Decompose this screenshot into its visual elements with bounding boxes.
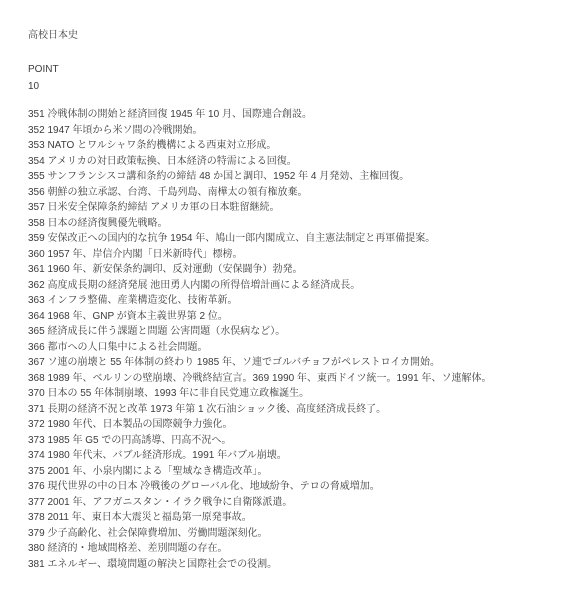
list-item: 351 冷戦体制の開始と経済回復 1945 年 10 月、国際連合創設。: [28, 107, 567, 123]
list-item: 373 1985 年 G5 での円高誘導、円高不況へ。: [28, 433, 567, 449]
list-item: 380 経済的・地域間格差、差別問題の存在。: [28, 541, 567, 557]
list-item: 360 1957 年、岸信介内閣「日米新時代」標榜。: [28, 247, 567, 263]
list-item: 363 インフラ整備、産業構造変化、技術革新。: [28, 293, 567, 309]
point-label: POINT: [28, 61, 567, 78]
list-item: 366 都市への人口集中による社会問題。: [28, 340, 567, 356]
list-item: 355 サンフランシスコ講和条約の締結 48 か国と調印、1952 年 4 月発…: [28, 169, 567, 185]
page-title: 高校日本史: [28, 28, 567, 43]
point-number: 10: [28, 78, 567, 95]
list-item: 368 1989 年、ベルリンの壁崩壊、冷戦終結宣言。369 1990 年、東西…: [28, 371, 567, 387]
list-item: 374 1980 年代末、バブル経済形成。1991 年バブル崩壊。: [28, 448, 567, 464]
list-item: 365 経済成長に伴う課題と問題 公害問題（水俣病など）。: [28, 324, 567, 340]
list-item: 377 2001 年、アフガニスタン・イラク戦争に自衛隊派遣。: [28, 495, 567, 511]
list-item: 371 長期の経済不況と改革 1973 年第 1 次石油ショック後、高度経済成長…: [28, 402, 567, 418]
list-item: 352 1947 年頃から米ソ間の冷戦開始。: [28, 123, 567, 139]
list-item: 353 NATO とワルシャワ条約機構による西東対立形成。: [28, 138, 567, 154]
list-item: 357 日米安全保障条約締結 アメリカ軍の日本駐留継続。: [28, 200, 567, 216]
list-item: 354 アメリカの対日政策転換、日本経済の特需による回復。: [28, 154, 567, 170]
list-item: 359 安保改正への国内的な抗争 1954 年、鳩山一郎内閣成立、自主憲法制定と…: [28, 231, 567, 247]
document-page: 高校日本史 POINT 10 351 冷戦体制の開始と経済回復 1945 年 1…: [0, 0, 587, 572]
list-item: 370 日本の 55 年体制崩壊、1993 年に非自民党連立政権誕生。: [28, 386, 567, 402]
list-item: 381 エネルギー、環境問題の解決と国際社会での役割。: [28, 557, 567, 573]
list-item: 362 高度成長期の経済発展 池田勇人内閣の所得倍増計画による経済成長。: [28, 278, 567, 294]
list-item: 378 2011 年、東日本大震災と福島第一原発事故。: [28, 510, 567, 526]
list-item: 379 少子高齢化、社会保障費増加、労働問題深刻化。: [28, 526, 567, 542]
list-item: 358 日本の経済復興優先戦略。: [28, 216, 567, 232]
point-block: POINT 10: [28, 61, 567, 95]
list-item: 361 1960 年、新安保条約調印、反対運動（安保闘争）勃発。: [28, 262, 567, 278]
list-item: 376 現代世界の中の日本 冷戦後のグローバル化、地域紛争、テロの脅威増加。: [28, 479, 567, 495]
list-item: 367 ソ連の崩壊と 55 年体制の終わり 1985 年、ソ連でゴルバチョフがペ…: [28, 355, 567, 371]
list-item: 356 朝鮮の独立承認、台湾、千島列島、南樺太の領有権放棄。: [28, 185, 567, 201]
history-lines: 351 冷戦体制の開始と経済回復 1945 年 10 月、国際連合創設。352 …: [28, 107, 567, 572]
list-item: 372 1980 年代、日本製品の国際競争力強化。: [28, 417, 567, 433]
list-item: 364 1968 年、GNP が資本主義世界第 2 位。: [28, 309, 567, 325]
list-item: 375 2001 年、小泉内閣による「聖域なき構造改革」。: [28, 464, 567, 480]
